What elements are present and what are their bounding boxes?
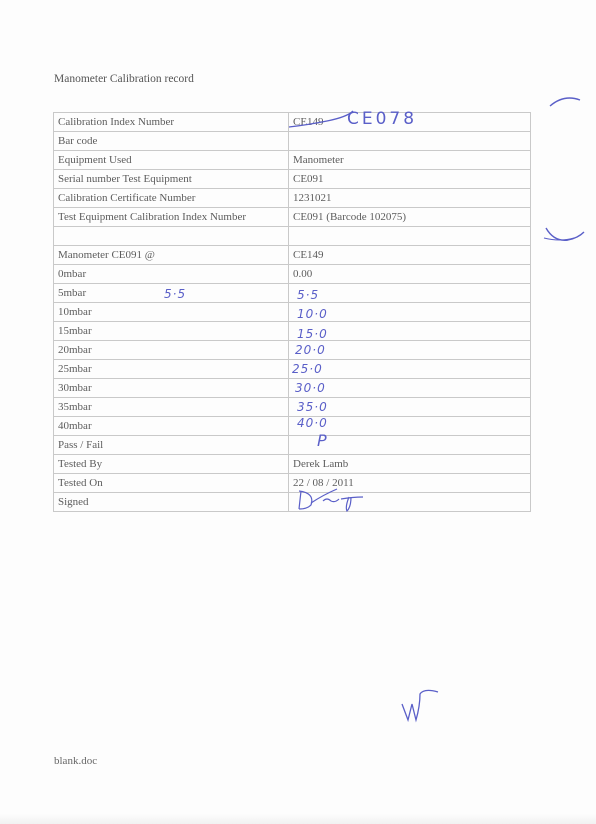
calibration-index-handwritten: CE078 (347, 110, 417, 128)
initials-mark (398, 686, 448, 722)
table-row: Test Equipment Calibration Index Number … (54, 208, 531, 227)
reading-value: 30·0 (289, 379, 531, 398)
reading-row: 35mbar 35·0 (54, 398, 531, 417)
reading-value-handwritten: 30·0 (295, 379, 326, 397)
table-row: Serial number Test Equipment CE091 (54, 170, 531, 189)
file-name-footer: blank.doc (54, 755, 97, 767)
certificate-number-label: Calibration Certificate Number (54, 189, 289, 208)
spacer-cell (289, 227, 531, 246)
reading-row: 20mbar 20·0 (54, 341, 531, 360)
reading-row: 0mbar 0.00 (54, 265, 531, 284)
reading-row: 5mbar 5·5 5·5 (54, 284, 531, 303)
reading-value-handwritten: 25·0 (292, 360, 323, 378)
table-row: Pass / Fail P (54, 436, 531, 455)
reading-row: 15mbar 15·0 (54, 322, 531, 341)
serial-number-value: CE091 (289, 170, 531, 189)
reading-row: 25mbar 25·0 (54, 360, 531, 379)
reading-label-text: 5mbar (58, 287, 86, 299)
reading-row: 10mbar 10·0 (54, 303, 531, 322)
bar-code-value (289, 132, 531, 151)
table-row: Signed (54, 493, 531, 512)
reading-value: 10·0 (289, 303, 531, 322)
pass-fail-handwritten: P (317, 432, 328, 450)
table-row: Manometer CE091 @ CE149 (54, 246, 531, 265)
table-row: Calibration Certificate Number 1231021 (54, 189, 531, 208)
tested-by-value: Derek Lamb (289, 455, 531, 474)
calibration-table: Calibration Index Number CE149 CE078 Bar… (53, 112, 531, 512)
reading-value: 25·0 (289, 360, 531, 379)
reading-value: 0.00 (289, 265, 531, 284)
certificate-number-value: 1231021 (289, 189, 531, 208)
equipment-used-value: Manometer (289, 151, 531, 170)
table-row: Tested On 22 / 08 / 2011 (54, 474, 531, 493)
test-equipment-index-value: CE091 (Barcode 102075) (289, 208, 531, 227)
table-row: Equipment Used Manometer (54, 151, 531, 170)
reading-value: 15·0 (289, 322, 531, 341)
pass-fail-label: Pass / Fail (54, 436, 289, 455)
reading-label: 30mbar (54, 379, 289, 398)
table-row: Tested By Derek Lamb (54, 455, 531, 474)
reading-label: 15mbar (54, 322, 289, 341)
equipment-used-label: Equipment Used (54, 151, 289, 170)
document-title: Manometer Calibration record (54, 73, 194, 85)
reading-label: 5mbar 5·5 (54, 284, 289, 303)
serial-number-label: Serial number Test Equipment (54, 170, 289, 189)
pass-fail-value: P (289, 436, 531, 455)
reading-label: 20mbar (54, 341, 289, 360)
spacer-cell (54, 227, 289, 246)
reading-row: 30mbar 30·0 (54, 379, 531, 398)
calibration-index-label: Calibration Index Number (54, 113, 289, 132)
reading-value: 5·5 (289, 284, 531, 303)
table-row: Calibration Index Number CE149 CE078 (54, 113, 531, 132)
margin-tick-mark-bottom (540, 224, 586, 248)
test-equipment-index-label: Test Equipment Calibration Index Number (54, 208, 289, 227)
reading-label: 25mbar (54, 360, 289, 379)
margin-tick-mark-top (546, 92, 586, 112)
reading-value-handwritten: 20·0 (295, 341, 326, 359)
reading-label: 40mbar (54, 417, 289, 436)
margin-note-handwritten: 5·5 (164, 285, 186, 303)
reading-header-label: Manometer CE091 @ (54, 246, 289, 265)
reading-value: 20·0 (289, 341, 531, 360)
signature-mark (293, 485, 393, 513)
reading-value-handwritten: 10·0 (297, 305, 328, 323)
tested-by-label: Tested By (54, 455, 289, 474)
reading-label: 35mbar (54, 398, 289, 417)
reading-label: 10mbar (54, 303, 289, 322)
table-row: Bar code (54, 132, 531, 151)
reading-header-value: CE149 (289, 246, 531, 265)
reading-value-handwritten: 5·5 (297, 286, 319, 304)
reading-row: 40mbar 40·0 (54, 417, 531, 436)
spacer-row (54, 227, 531, 246)
bar-code-label: Bar code (54, 132, 289, 151)
calibration-index-value: CE149 CE078 (289, 113, 531, 132)
reading-label: 0mbar (54, 265, 289, 284)
signature-cell (289, 493, 531, 512)
signed-label: Signed (54, 493, 289, 512)
reading-value-handwritten: 40·0 (297, 414, 328, 432)
scan-edge (0, 814, 596, 824)
tested-on-label: Tested On (54, 474, 289, 493)
